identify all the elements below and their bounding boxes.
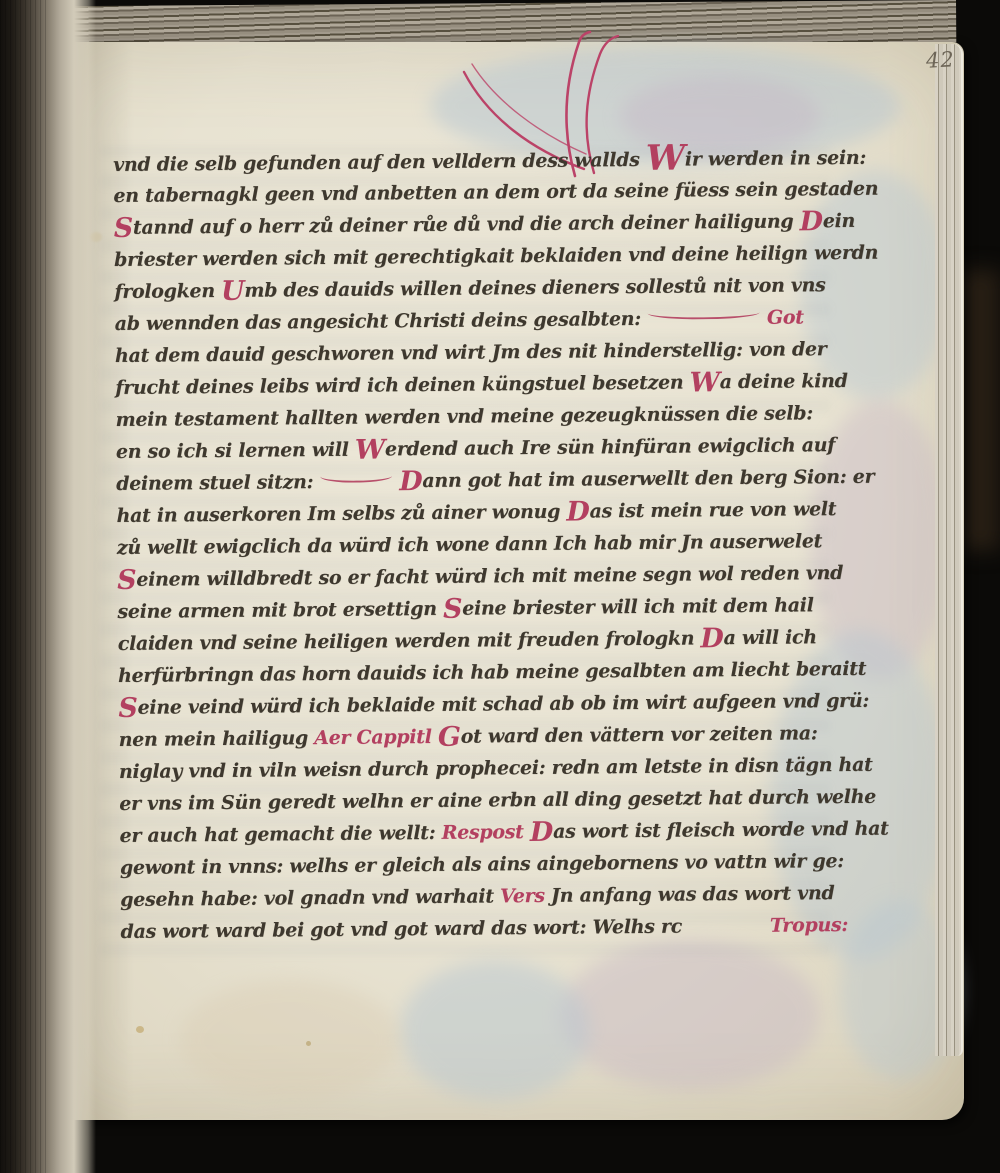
text-segment: seine armen mit brot ersettign xyxy=(117,598,443,623)
text-segment: ein xyxy=(823,210,855,232)
text-segment: U xyxy=(221,276,245,307)
text-segment: gewont in vnns: welhs er gleich als ains… xyxy=(120,850,844,879)
bleedthrough-decoration xyxy=(400,960,590,1100)
text-segment: claiden vnd seine heiligen werden mit fr… xyxy=(118,627,701,655)
text-segment: erdend auch Ire sün hinfüran ewigclich a… xyxy=(385,434,835,460)
text-segment: deinem stuel sitzn: xyxy=(116,471,313,495)
text-segment: ab wennden das angesicht Christi deins g… xyxy=(115,308,641,335)
text-segment: herfürbringn das horn dauids ich hab mei… xyxy=(118,658,866,687)
bleedthrough-decoration xyxy=(560,940,820,1090)
text-segment: eine veind würd ich beklaide mit schad a… xyxy=(137,690,869,719)
text-segment: D xyxy=(530,817,553,848)
text-segment: Vers xyxy=(500,885,551,907)
text-segment: W xyxy=(355,434,385,465)
text-segment: ot ward den vättern vor zeiten ma: xyxy=(461,722,818,747)
text-segment: a will ich xyxy=(723,626,816,649)
manuscript-page: 42 vnd die selb gefunden auf den vellder… xyxy=(44,42,964,1120)
text-segment: S xyxy=(443,594,462,625)
text-segment: S xyxy=(118,693,137,724)
text-segment: mein testament hallten werden vnd meine … xyxy=(116,402,814,431)
text-segment: gesehn habe: vol gnadn vnd warhait xyxy=(120,885,500,911)
text-segment: briester werden sich mit gerechtigkait b… xyxy=(114,242,878,271)
text-segment: S xyxy=(114,213,133,244)
page-fore-edge xyxy=(935,44,963,1056)
text-segment: D xyxy=(399,466,422,497)
text-segment: a deine kind xyxy=(720,370,848,393)
text-segment: vnd die selb gefunden auf den velldern d… xyxy=(113,149,646,176)
text-segment: einem willdbredt so er facht würd ich mi… xyxy=(136,562,843,591)
line-filler-flourish xyxy=(320,467,392,483)
text-segment: D xyxy=(566,496,589,527)
text-segment: tannd auf o herr zů deiner růe dů vnd di… xyxy=(133,210,800,238)
text-segment: Got xyxy=(767,306,804,328)
text-segment: W xyxy=(646,138,685,179)
text-segment: zů wellt ewigclich da würd ich wone dann… xyxy=(117,530,822,559)
text-segment: as ist mein rue von welt xyxy=(589,498,836,522)
bleedthrough-decoration xyxy=(180,980,400,1100)
text-segment: Respost xyxy=(442,821,530,844)
text-segment: das wort ward bei got vnd got ward das w… xyxy=(120,916,682,943)
text-segment: S xyxy=(117,565,136,596)
text-segment: er auch hat gemacht die wellt: xyxy=(119,822,441,847)
text-segment: mb des dauids willen deines dieners soll… xyxy=(244,274,825,302)
text-segment: nen mein hailigug xyxy=(119,727,315,751)
text-segment: frucht deines leibs wird ich deinen küng… xyxy=(115,371,690,399)
text-segment: hat dem dauid geschworen vnd wirt Jm des… xyxy=(115,338,827,367)
manuscript-photo: 42 vnd die selb gefunden auf den vellder… xyxy=(0,0,1000,1173)
text-segment: niglay vnd in viln weisn durch prophecei… xyxy=(119,754,873,783)
text-segment: en so ich si lernen will xyxy=(116,439,355,463)
text-segment: ir werden in sein: xyxy=(685,147,866,171)
text-segment: Aer Cappitl xyxy=(314,726,438,749)
text-segment: Jn anfang was das wort vnd xyxy=(551,882,835,907)
text-segment: Tropus: xyxy=(770,914,848,937)
stain xyxy=(136,1026,144,1033)
text-segment: as wort ist fleisch worde vnd hat xyxy=(553,818,889,843)
backdrop-object xyxy=(960,270,1000,550)
text-segment: eine briester will ich mit dem hail xyxy=(462,594,814,619)
text-segment xyxy=(682,932,770,933)
text-block: vnd die selb gefunden auf den velldern d… xyxy=(113,141,827,948)
text-segment: ann got hat im auserwellt den berg Sion:… xyxy=(422,466,874,492)
manuscript-line: das wort ward bei got vnd got ward das w… xyxy=(120,909,826,948)
book-gutter-spine xyxy=(0,0,96,1173)
text-segment: G xyxy=(438,722,461,753)
line-filler-flourish xyxy=(648,304,760,320)
text-segment: W xyxy=(689,367,719,398)
text-segment: D xyxy=(800,206,823,237)
text-segment: hat in auserkoren Im selbs zů ainer wonu… xyxy=(116,501,566,527)
text-segment: er vns im Sün geredt welhn er aine erbn … xyxy=(119,786,876,815)
stain xyxy=(306,1041,311,1046)
folio-number: 42 xyxy=(925,47,955,72)
text-segment: frologken xyxy=(114,280,221,303)
text-segment: D xyxy=(700,623,723,654)
text-segment: en tabernagkl geen vnd anbetten an dem o… xyxy=(113,178,878,207)
